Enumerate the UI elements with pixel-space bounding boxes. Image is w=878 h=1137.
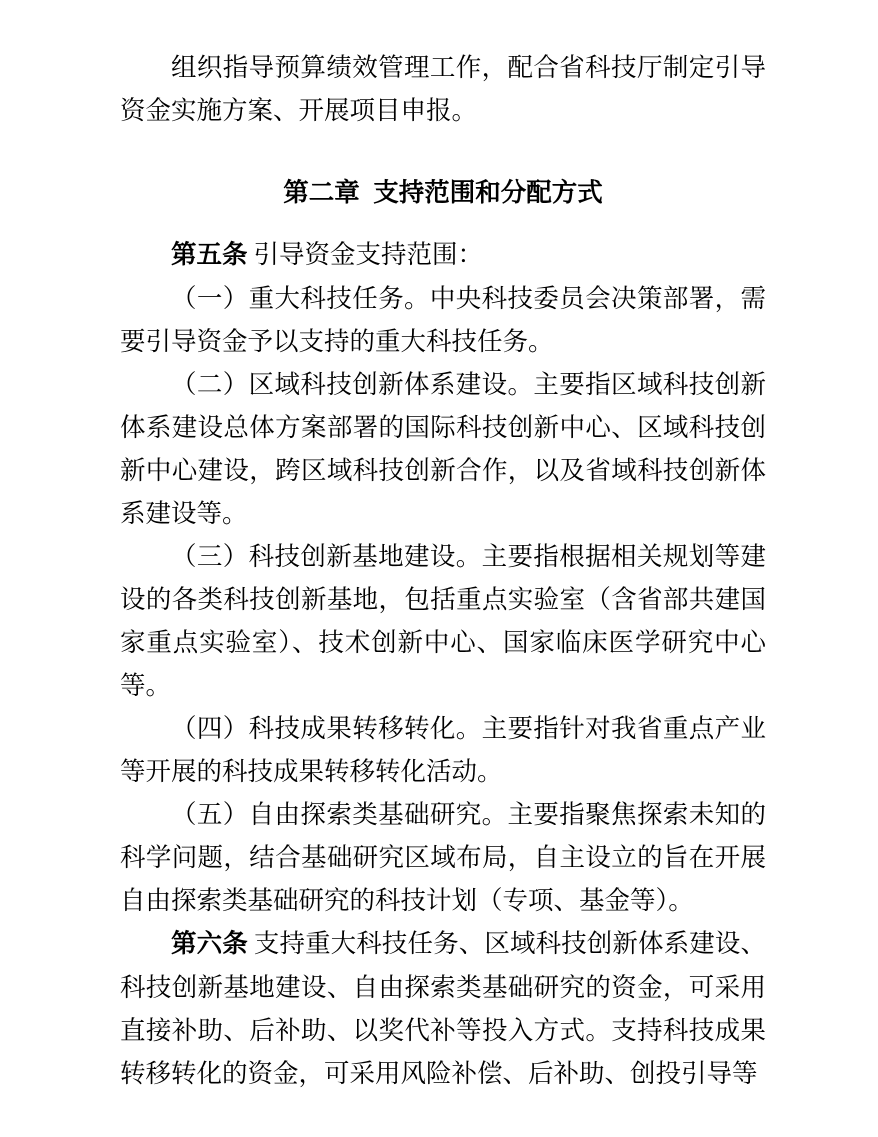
- document-page: 组织指导预算绩效管理工作，配合省科技厅制定引导资金实施方案、开展项目申报。 第二…: [0, 0, 842, 1095]
- article-5-text: 引导资金支持范围：: [254, 240, 484, 269]
- intro-paragraph: 组织指导预算绩效管理工作，配合省科技厅制定引导资金实施方案、开展项目申报。: [120, 46, 766, 132]
- article-6-number: 第六条: [171, 930, 248, 958]
- chapter-heading: 第二章 支持范围和分配方式: [120, 172, 766, 215]
- article-5-number: 第五条: [171, 241, 248, 269]
- article-6-paragraph: 第六条支持重大科技任务、区域科技创新体系建设、科技创新基地建设、自由探索类基础研…: [120, 922, 766, 1095]
- scope-item-2: （二）区域科技创新体系建设。主要指区域科技创新体系建设总体方案部署的国际科技创新…: [120, 363, 766, 535]
- article-5-paragraph: 第五条引导资金支持范围：: [120, 233, 766, 277]
- scope-item-5: （五）自由探索类基础研究。主要指聚焦探索未知的科学问题，结合基础研究区域布局，自…: [120, 793, 766, 922]
- scope-item-1: （一）重大科技任务。中央科技委员会决策部署，需要引导资金予以支持的重大科技任务。: [120, 277, 766, 363]
- scope-item-3: （三）科技创新基地建设。主要指根据相关规划等建设的各类科技创新基地，包括重点实验…: [120, 535, 766, 707]
- scope-item-4: （四）科技成果转移转化。主要指针对我省重点产业等开展的科技成果转移转化活动。: [120, 707, 766, 793]
